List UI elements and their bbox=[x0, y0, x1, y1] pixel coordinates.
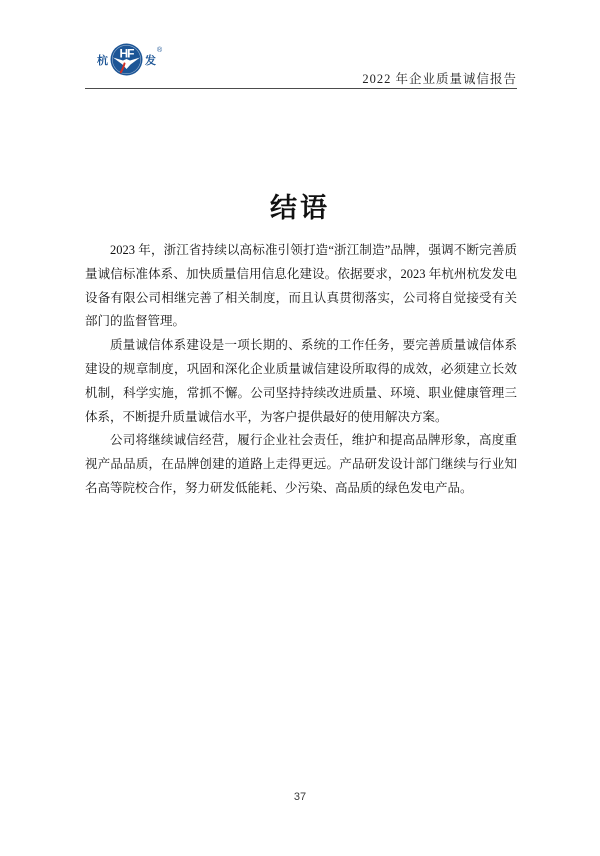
report-header-title: 2022 年企业质量诚信报告 bbox=[362, 69, 517, 87]
company-logo: 杭 HF 发 ® bbox=[97, 43, 162, 76]
company-emblem-icon: HF bbox=[110, 43, 143, 76]
section-title: 结语 bbox=[0, 186, 600, 225]
body-text-block: 2023 年，浙江省持续以高标准引领打造“浙江制造”品牌，强调不断完善质量诚信标… bbox=[85, 239, 517, 501]
header-divider bbox=[85, 88, 517, 89]
page-number: 37 bbox=[0, 791, 600, 803]
paragraph: 2023 年，浙江省持续以高标准引领打造“浙江制造”品牌，强调不断完善质量诚信标… bbox=[85, 239, 517, 334]
emblem-hf-text: HF bbox=[120, 47, 135, 61]
registered-trademark-icon: ® bbox=[157, 47, 162, 54]
logo-left-char: 杭 bbox=[97, 52, 108, 68]
report-page: 杭 HF 发 ® 2022 年企业质量诚信报告 结语 2023 年，浙江省持续以… bbox=[0, 0, 600, 856]
paragraph: 质量诚信体系建设是一项长期的、系统的工作任务，要完善质量诚信体系建设的规章制度，… bbox=[85, 334, 517, 429]
logo-right-char: 发 bbox=[145, 52, 156, 68]
paragraph: 公司将继续诚信经营，履行企业社会责任，维护和提高品牌形象，高度重视产品品质，在品… bbox=[85, 429, 517, 500]
